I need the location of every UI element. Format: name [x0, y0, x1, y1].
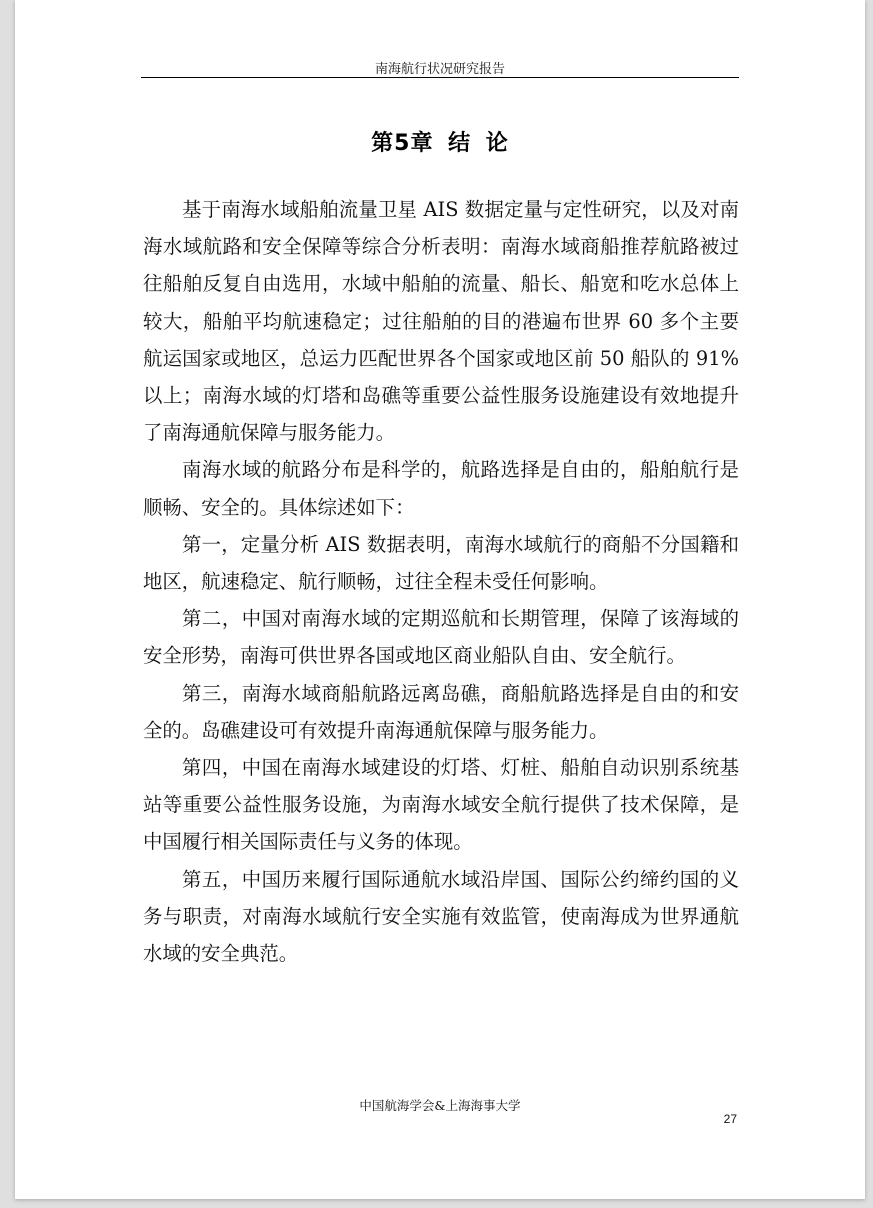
paragraph-overview: 南海水域的航路分布是科学的，航路选择是自由的，船舶航行是顺畅、安全的。具体综述如…	[143, 451, 739, 525]
page-number: 27	[715, 1112, 737, 1126]
chapter-title: 第5章 结 论	[141, 126, 739, 157]
paragraph-point-3: 第三，南海水域商船航路远离岛礁，商船航路选择是自由的和安全的。岛礁建设可有效提升…	[143, 675, 739, 749]
paragraph-point-4: 第四，中国在南海水域建设的灯塔、灯桩、船舶自动识别系统基站等重要公益性服务设施，…	[143, 749, 739, 861]
paragraph-point-1: 第一，定量分析 AIS 数据表明，南海水域航行的商船不分国籍和地区，航速稳定、航…	[143, 526, 739, 600]
paragraph-point-5: 第五，中国历来履行国际通航水域沿岸国、国际公约缔约国的义务与职责，对南海水域航行…	[143, 861, 739, 973]
document-page: 南海航行状况研究报告 第5章 结 论 基于南海水域船舶流量卫星 AIS 数据定量…	[15, 0, 865, 1199]
running-header: 南海航行状况研究报告	[141, 58, 739, 77]
document-viewer: 南海航行状况研究报告 第5章 结 论 基于南海水域船舶流量卫星 AIS 数据定量…	[0, 0, 873, 1208]
body-text: 基于南海水域船舶流量卫星 AIS 数据定量与定性研究，以及对南海水域航路和安全保…	[143, 191, 739, 972]
header-rule	[141, 77, 739, 78]
paragraph-summary: 基于南海水域船舶流量卫星 AIS 数据定量与定性研究，以及对南海水域航路和安全保…	[143, 191, 739, 451]
footer-organization: 中国航海学会&上海海事大学	[141, 1096, 739, 1114]
paragraph-point-2: 第二，中国对南海水域的定期巡航和长期管理，保障了该海域的安全形势，南海可供世界各…	[143, 600, 739, 674]
